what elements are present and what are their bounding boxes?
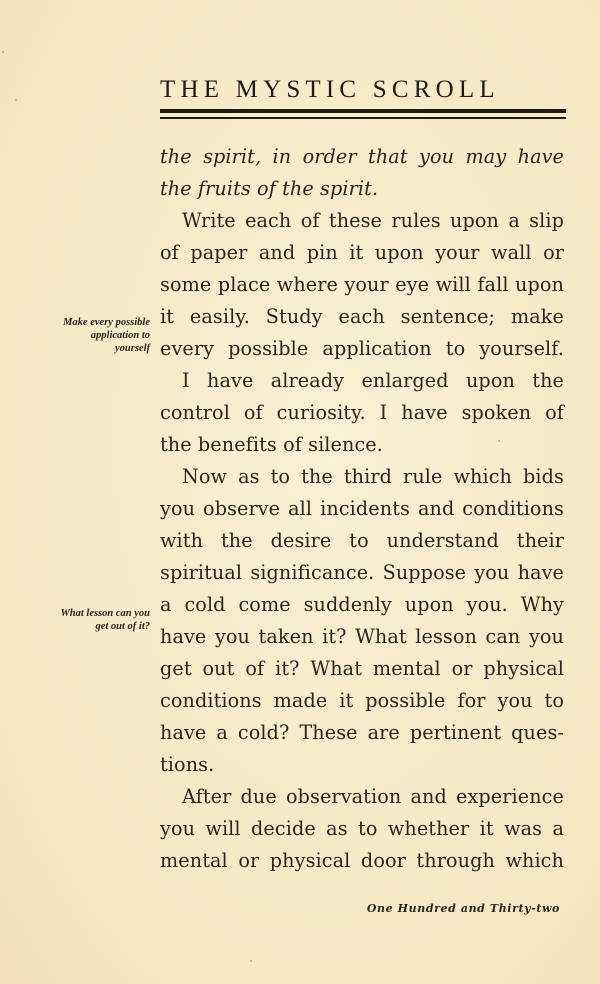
text-line: a cold come suddenly upon you. Why: [160, 589, 564, 621]
text-line: have a cold? These are pertinent ques-: [160, 717, 564, 749]
text-line: the fruits of the spirit.: [160, 173, 564, 205]
paper-speck: [250, 960, 252, 962]
text-line: spiritual significance. Suppose you have: [160, 557, 564, 589]
paragraph-start-line: Write each of these rules upon a slip: [160, 205, 564, 237]
margin-note-application: Make every possible application to yours…: [63, 316, 150, 355]
header-rule-thin: [160, 117, 566, 119]
margin-note-lesson: What lesson can you get out of it?: [60, 607, 150, 633]
page-number: One Hundred and Thirty-two: [367, 902, 560, 915]
text-line: control of curiosity. I have spoken of: [160, 397, 564, 429]
text-line: the spirit, in order that you may have: [160, 141, 564, 173]
text-line: some place where your eye will fall upon: [160, 269, 564, 301]
text-line: mental or physical door through which: [160, 845, 564, 877]
text-line: you observe all incidents and conditions: [160, 493, 564, 525]
paper-speck: [15, 99, 17, 101]
paper-speck: [498, 440, 500, 442]
text-line: conditions made it possible for you to: [160, 685, 564, 717]
paragraph-start-line: I have already enlarged upon the: [160, 365, 564, 397]
text-line: of paper and pin it upon your wall or: [160, 237, 564, 269]
text-line: with the desire to understand their: [160, 525, 564, 557]
text-line: get out of it? What mental or physical: [160, 653, 564, 685]
paragraph-start-line: After due observation and experience: [160, 781, 564, 813]
text-line: tions.: [160, 749, 564, 781]
text-line: it easily. Study each sentence; make: [160, 301, 564, 333]
margin-note-line: What lesson can you: [60, 607, 150, 620]
header-rule-thick: [160, 109, 566, 113]
margin-note-line: get out of it?: [60, 620, 150, 633]
running-title: THE MYSTIC SCROLL: [160, 74, 566, 106]
margin-note-line: application to: [63, 329, 150, 342]
margin-note-line: yourself: [63, 342, 150, 355]
margin-note-line: Make every possible: [63, 316, 150, 329]
text-line: you will decide as to whether it was a: [160, 813, 564, 845]
text-line: the benefits of silence.: [160, 429, 564, 461]
paper-speck: [2, 51, 4, 53]
paragraph-start-line: Now as to the third rule which bids: [160, 461, 564, 493]
book-page: THE MYSTIC SCROLL Make every possible ap…: [0, 0, 600, 984]
text-line: have you taken it? What lesson can you: [160, 621, 564, 653]
text-line: every possible application to yourself.: [160, 333, 564, 365]
body-text: the spirit, in order that you may have t…: [160, 141, 564, 877]
